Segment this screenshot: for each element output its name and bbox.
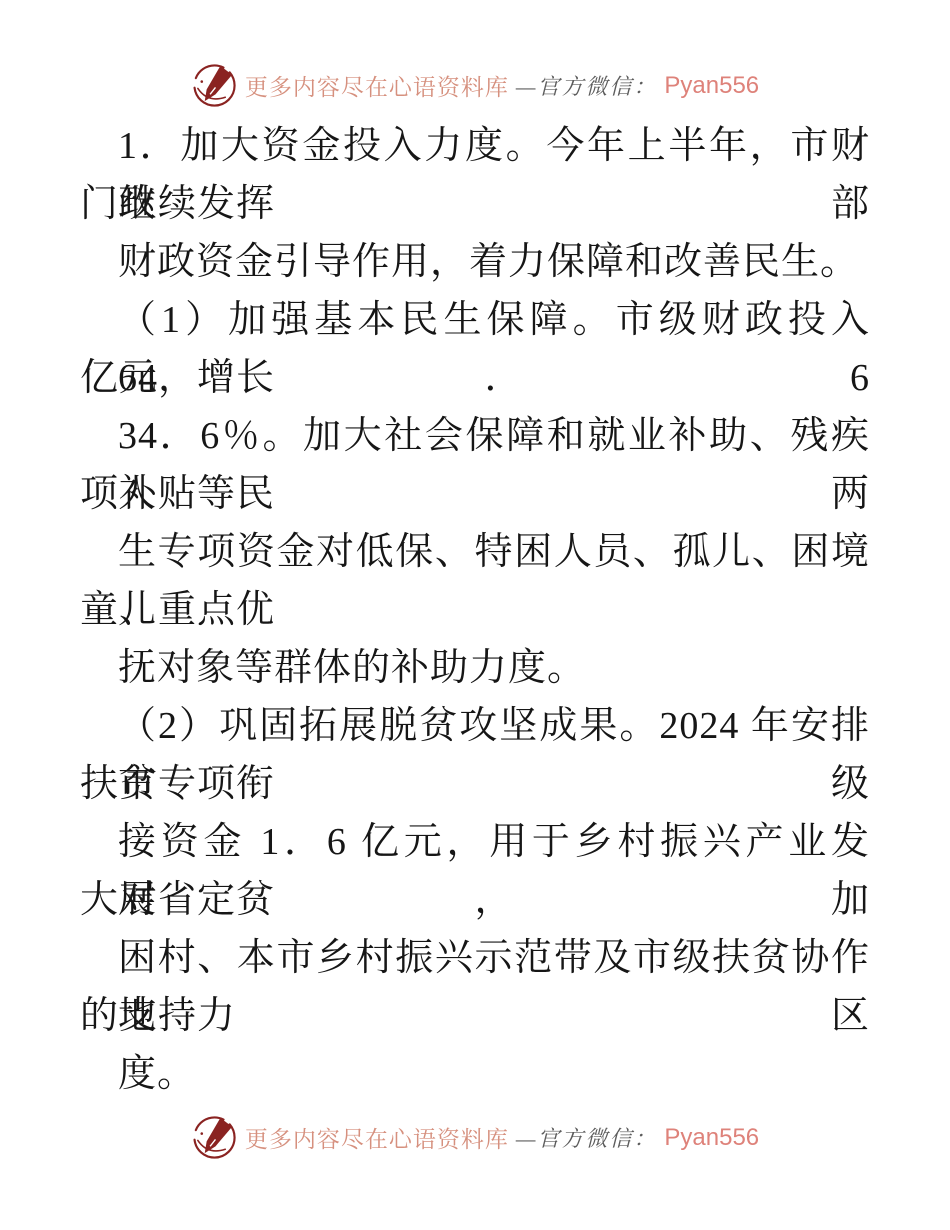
- pen-circle-logo-icon: [191, 62, 238, 109]
- pen-circle-logo-icon: [191, 1114, 238, 1161]
- text-line: 财政资金引导作用，着力保障和改善民生。: [80, 233, 870, 291]
- text-line: 童、重点优: [80, 581, 870, 639]
- watermark-wechat-id: Pyan556: [664, 1124, 759, 1152]
- text-line: 1．加大资金投入力度。今年上半年，市财政部: [80, 117, 870, 175]
- watermark-brand-text: 更多内容尽在心语资料库: [245, 1121, 509, 1154]
- text-line: 困村、本市乡村振兴示范带及市级扶贫协作地区: [80, 929, 870, 987]
- document-body: 1．加大资金投入力度。今年上半年，市财政部 门继续发挥 财政资金引导作用，着力保…: [80, 117, 870, 1103]
- text-line: 34．6％。加大社会保障和就业补助、残疾人两: [80, 407, 870, 465]
- watermark-footer: 更多内容尽在心语资料库 —官方微信： Pyan556: [0, 1114, 950, 1161]
- text-line: 接资金 1．6 亿元，用于乡村振兴产业发展，加: [80, 813, 870, 871]
- watermark-wechat-label: —官方微信：: [516, 70, 658, 101]
- text-line: 抚对象等群体的补助力度。: [80, 639, 870, 697]
- watermark-wechat-label: —官方微信：: [516, 1122, 658, 1153]
- watermark-brand-text: 更多内容尽在心语资料库: [245, 69, 509, 102]
- document-page: 更多内容尽在心语资料库 —官方微信： Pyan556 1．加大资金投入力度。今年…: [0, 0, 950, 1230]
- watermark-header: 更多内容尽在心语资料库 —官方微信： Pyan556: [0, 62, 950, 109]
- text-line: （1）加强基本民生保障。市级财政投入 64．6: [80, 291, 870, 349]
- watermark-wechat-id: Pyan556: [664, 72, 759, 100]
- text-line: 生专项资金对低保、特困人员、孤儿、困境儿: [80, 523, 870, 581]
- text-line: （2）巩固拓展脱贫攻坚成果。2024 年安排市级: [80, 697, 870, 755]
- text-line: 度。: [80, 1045, 870, 1103]
